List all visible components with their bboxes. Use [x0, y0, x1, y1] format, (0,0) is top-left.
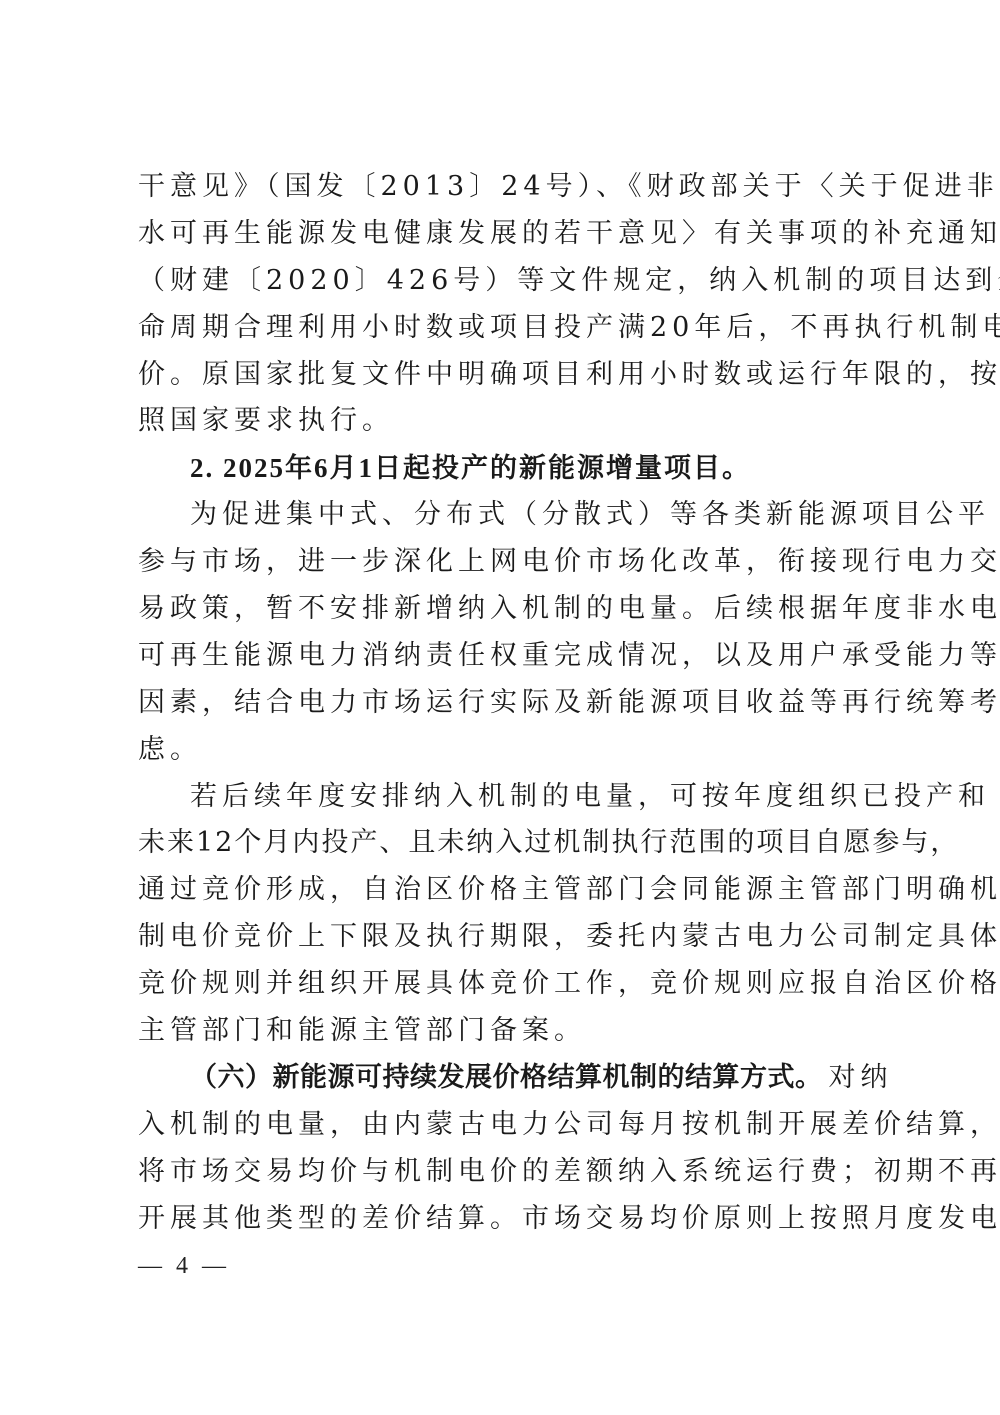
text-line: 主管部门和能源主管部门备案。	[138, 1008, 874, 1055]
text-line: 未来12个月内投产、且未纳入过机制执行范围的项目自愿参与，	[138, 820, 874, 867]
section-heading: 2. 2025年6月1日起投产的新能源增量项目。	[138, 445, 874, 492]
paragraph-1: 干意见》（国发〔2013〕24号）、《财政部关于〈关于促进非 水可再生能源发电健…	[138, 164, 878, 445]
text-line: 价。原国家批复文件中明确项目利用小时数或运行年限的，按	[138, 352, 874, 399]
paragraph-4: （六）新能源可持续发展价格结算机制的结算方式。对纳 入机制的电量，由内蒙古电力公…	[138, 1055, 878, 1243]
paragraph-3: 若后续年度安排纳入机制的电量，可按年度组织已投产和 未来12个月内投产、且未纳入…	[138, 774, 878, 1055]
text-line: （财建〔2020〕426号）等文件规定，纳入机制的项目达到全生	[138, 258, 874, 305]
paragraph-2: 为促进集中式、分布式（分散式）等各类新能源项目公平 参与市场，进一步深化上网电价…	[138, 492, 878, 773]
text-line: 干意见》（国发〔2013〕24号）、《财政部关于〈关于促进非	[138, 164, 874, 211]
text-line: 通过竞价形成，自治区价格主管部门会同能源主管部门明确机	[138, 867, 874, 914]
page-number: — 4 —	[138, 1253, 230, 1280]
text-line: （六）新能源可持续发展价格结算机制的结算方式。对纳	[138, 1055, 874, 1102]
text-line: 易政策，暂不安排新增纳入机制的电量。后续根据年度非水电	[138, 586, 874, 633]
text-line: 命周期合理利用小时数或项目投产满20年后，不再执行机制电	[138, 305, 874, 352]
text-line: 因素，结合电力市场运行实际及新能源项目收益等再行统筹考	[138, 680, 874, 727]
text-line: 入机制的电量，由内蒙古电力公司每月按机制开展差价结算，	[138, 1102, 874, 1149]
text-line: 照国家要求执行。	[138, 398, 874, 445]
document-page: 干意见》（国发〔2013〕24号）、《财政部关于〈关于促进非 水可再生能源发电健…	[138, 164, 878, 1242]
text-line: 水可再生能源发电健康发展的若干意见〉有关事项的补充通知》	[138, 211, 874, 258]
text-line: 可再生能源电力消纳责任权重完成情况，以及用户承受能力等	[138, 633, 874, 680]
text-line: 若后续年度安排纳入机制的电量，可按年度组织已投产和	[138, 774, 874, 821]
text-line: 虑。	[138, 727, 874, 774]
text-line: 制电价竞价上下限及执行期限，委托内蒙古电力公司制定具体	[138, 914, 874, 961]
text-line: 参与市场，进一步深化上网电价市场化改革，衔接现行电力交	[138, 539, 874, 586]
subsection-heading: （六）新能源可持续发展价格结算机制的结算方式。	[190, 1062, 823, 1093]
text-line: 为促进集中式、分布式（分散式）等各类新能源项目公平	[138, 492, 874, 539]
text-line: 开展其他类型的差价结算。市场交易均价原则上按照月度发电	[138, 1196, 874, 1243]
text-line: 竞价规则并组织开展具体竞价工作，竞价规则应报自治区价格	[138, 961, 874, 1008]
text-line: 将市场交易均价与机制电价的差额纳入系统运行费；初期不再	[138, 1149, 874, 1196]
text-run: 对纳	[829, 1062, 893, 1093]
